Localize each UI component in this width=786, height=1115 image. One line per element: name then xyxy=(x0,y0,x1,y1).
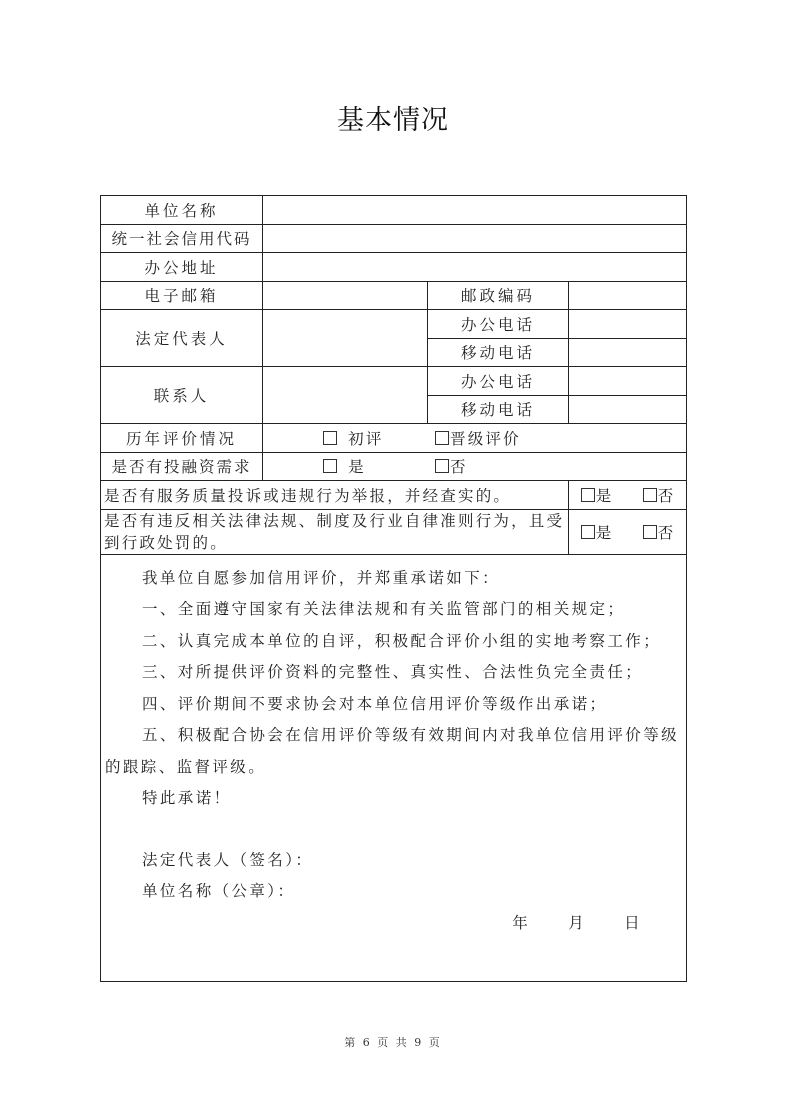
table-row: 我单位自愿参加信用评价，并郑重承诺如下： 一、全面遵守国家有关法律法规和有关监管… xyxy=(101,554,687,981)
checkbox-icon[interactable] xyxy=(435,459,449,473)
contact-mobile-phone-field[interactable] xyxy=(569,395,687,424)
table-row: 单位名称 xyxy=(101,196,687,225)
option-upgrade-eval[interactable]: 晋级评价 xyxy=(435,427,521,449)
pledge-section: 我单位自愿参加信用评价，并郑重承诺如下： 一、全面遵守国家有关法律法规和有关监管… xyxy=(101,554,687,981)
postcode-label: 邮政编码 xyxy=(428,281,569,310)
date-line: 年月日 xyxy=(105,908,682,940)
basic-info-table: 单位名称 统一社会信用代码 办公地址 电子邮箱 邮政编码 法定代表人 办公电话 … xyxy=(100,195,687,982)
page-title: 基本情况 xyxy=(0,98,786,137)
unit-seal-label: 单位名称（公章）： xyxy=(105,876,682,908)
date-day-label: 日 xyxy=(624,914,642,932)
option-financing-yes[interactable]: 是 xyxy=(323,455,435,477)
table-row: 法定代表人 办公电话 xyxy=(101,310,687,339)
option-financing-no[interactable]: 否 xyxy=(435,455,468,477)
legal-rep-label: 法定代表人 xyxy=(101,310,263,367)
complaint-question: 是否有服务质量投诉或违规行为举报，并经查实的。 xyxy=(101,481,569,510)
financing-label: 是否有投融资需求 xyxy=(101,452,263,481)
contact-office-phone-field[interactable] xyxy=(569,367,687,396)
legal-rep-field[interactable] xyxy=(263,310,428,367)
violation-question: 是否有违反相关法律法规、制度及行业自律准则行为，且受到行政处罚的。 xyxy=(101,509,569,554)
pledge-item-4: 四、评价期间不要求协会对本单位信用评价等级作出承诺； xyxy=(105,689,682,721)
contact-office-phone-label: 办公电话 xyxy=(428,367,569,396)
contact-mobile-phone-label: 移动电话 xyxy=(428,395,569,424)
table-row: 是否有违反相关法律法规、制度及行业自律准则行为，且受到行政处罚的。 是否 xyxy=(101,509,687,554)
checkbox-icon[interactable] xyxy=(581,488,595,502)
pledge-closing: 特此承诺！ xyxy=(105,783,682,815)
contact-label: 联系人 xyxy=(101,367,263,424)
pledge-item-3: 三、对所提供评价资料的完整性、真实性、合法性负完全责任； xyxy=(105,657,682,689)
credit-code-label: 统一社会信用代码 xyxy=(101,224,263,253)
table-row: 电子邮箱 邮政编码 xyxy=(101,281,687,310)
eval-history-label: 历年评价情况 xyxy=(101,424,263,453)
complaint-options: 是否 xyxy=(569,481,687,510)
pledge-intro: 我单位自愿参加信用评价，并郑重承诺如下： xyxy=(105,563,682,595)
checkbox-icon[interactable] xyxy=(323,431,337,445)
checkbox-icon[interactable] xyxy=(435,431,449,445)
date-month-label: 月 xyxy=(568,914,586,932)
table-row: 历年评价情况 初评晋级评价 xyxy=(101,424,687,453)
checkbox-icon[interactable] xyxy=(581,525,595,539)
pledge-item-5: 五、积极配合协会在信用评价等级有效期间内对我单位信用评价等级的跟踪、监督评级。 xyxy=(105,720,682,783)
postcode-field[interactable] xyxy=(569,281,687,310)
legal-rep-signature-label: 法定代表人（签名）： xyxy=(105,845,682,877)
option-complaint-no[interactable]: 否 xyxy=(643,484,675,506)
legal-rep-office-phone-label: 办公电话 xyxy=(428,310,569,339)
eval-history-options: 初评晋级评价 xyxy=(263,424,687,453)
page-number: 第 6 页 共 9 页 xyxy=(0,1034,786,1050)
email-field[interactable] xyxy=(263,281,428,310)
legal-rep-mobile-phone-label: 移动电话 xyxy=(428,338,569,367)
pledge-item-1: 一、全面遵守国家有关法律法规和有关监管部门的相关规定； xyxy=(105,594,682,626)
checkbox-icon[interactable] xyxy=(643,488,657,502)
table-row: 是否有投融资需求 是否 xyxy=(101,452,687,481)
email-label: 电子邮箱 xyxy=(101,281,263,310)
pledge-item-2: 二、认真完成本单位的自评，积极配合评价小组的实地考察工作； xyxy=(105,626,682,658)
option-violation-yes[interactable]: 是 xyxy=(581,521,643,543)
credit-code-field[interactable] xyxy=(263,224,687,253)
table-row: 是否有服务质量投诉或违规行为举报，并经查实的。 是否 xyxy=(101,481,687,510)
table-row: 联系人 办公电话 xyxy=(101,367,687,396)
financing-options: 是否 xyxy=(263,452,687,481)
date-year-label: 年 xyxy=(512,914,530,932)
table-row: 统一社会信用代码 xyxy=(101,224,687,253)
office-address-label: 办公地址 xyxy=(101,253,263,282)
checkbox-icon[interactable] xyxy=(323,459,337,473)
option-complaint-yes[interactable]: 是 xyxy=(581,484,643,506)
checkbox-icon[interactable] xyxy=(643,525,657,539)
unit-name-field[interactable] xyxy=(263,196,687,225)
legal-rep-office-phone-field[interactable] xyxy=(569,310,687,339)
option-initial-eval[interactable]: 初评 xyxy=(323,427,435,449)
legal-rep-mobile-phone-field[interactable] xyxy=(569,338,687,367)
unit-name-label: 单位名称 xyxy=(101,196,263,225)
office-address-field[interactable] xyxy=(263,253,687,282)
table-row: 办公地址 xyxy=(101,253,687,282)
violation-options: 是否 xyxy=(569,509,687,554)
option-violation-no[interactable]: 否 xyxy=(643,521,675,543)
contact-field[interactable] xyxy=(263,367,428,424)
